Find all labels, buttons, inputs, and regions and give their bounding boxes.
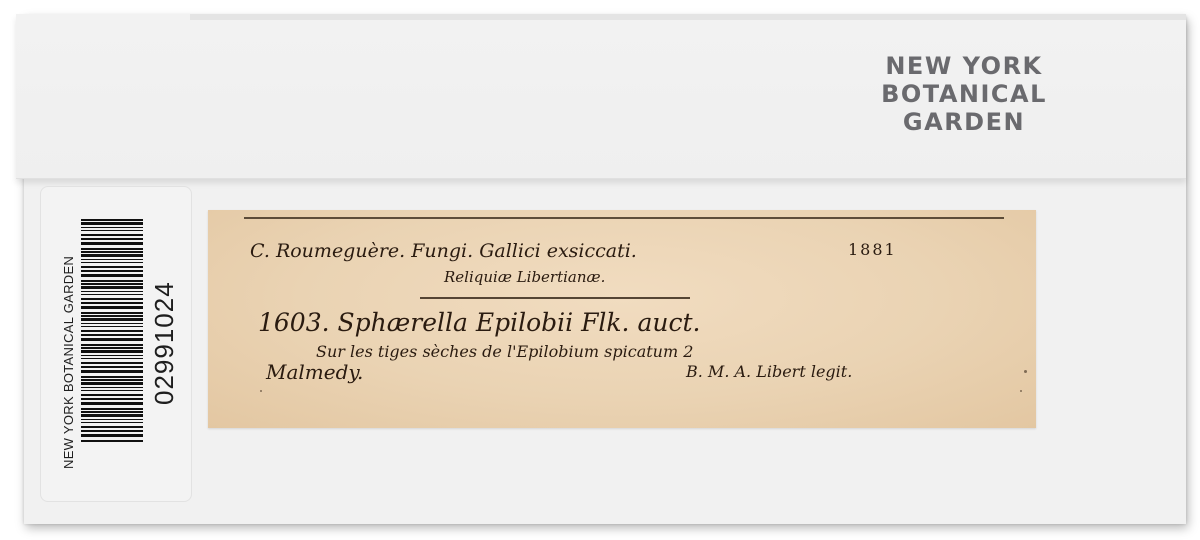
stamp-line: NEW YORK	[866, 52, 1062, 80]
exsiccata-title: C. Roumeguère. Fungi. Gallici exsiccati.	[250, 240, 637, 262]
stamp-line: GARDEN	[866, 108, 1062, 136]
specimen-label: C. Roumeguère. Fungi. Gallici exsiccati.…	[208, 210, 1036, 428]
institution-stamp: NEW YORK BOTANICAL GARDEN	[866, 52, 1062, 136]
stamp-line: BOTANICAL	[866, 80, 1062, 108]
exsiccata-year: 1881	[848, 240, 897, 259]
label-rule	[420, 297, 690, 299]
ink-speck	[1024, 370, 1027, 373]
flap-edge	[190, 14, 1186, 20]
specimen-collector: B. M. A. Libert legit.	[686, 362, 852, 381]
barcode-institution: NEW YORK BOTANICAL GARDEN	[61, 256, 76, 469]
ink-speck	[260, 390, 262, 392]
specimen-taxon: 1603. Sphærella Epilobii Flk. auct.	[258, 308, 700, 337]
barcode-label: NEW YORK BOTANICAL GARDEN 02991024	[40, 186, 192, 502]
exsiccata-series: Reliquiæ Libertianæ.	[444, 268, 605, 286]
specimen-habitat: Sur les tiges sèches de l'Epilobium spic…	[316, 342, 693, 361]
barcode-number: 02991024	[149, 281, 180, 405]
ink-speck	[1020, 390, 1022, 392]
label-rule	[244, 217, 1004, 219]
specimen-locality: Malmedy.	[266, 360, 363, 384]
barcode-icon	[81, 219, 143, 441]
